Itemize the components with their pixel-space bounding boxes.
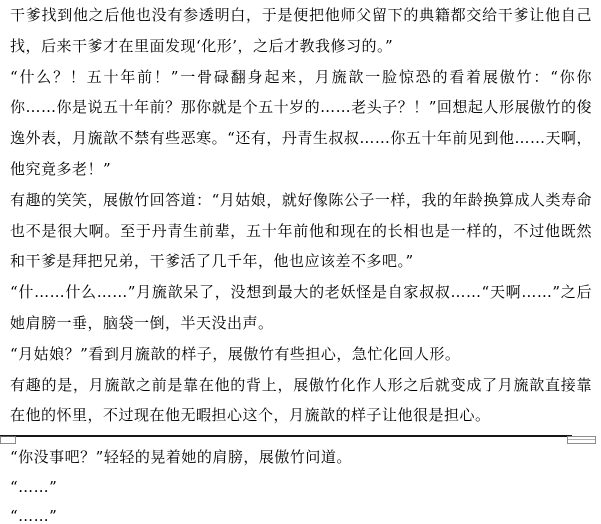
paragraph-2[interactable]: “什么？！五十年前！”一骨碌翻身起来，月旒歆一脸惊恐的看着展傲竹：“你你你……你… (10, 62, 592, 185)
paragraph-9[interactable]: “……” (10, 502, 592, 524)
page-break-line (0, 435, 572, 437)
page-break-right-marker (567, 436, 596, 444)
page-section-bottom: “你没事吧？”轻轻的晃着她的肩膀，展傲竹问道。 “……” “……” (10, 443, 592, 524)
page-break-left-marker (0, 436, 16, 444)
paragraph-7[interactable]: “你没事吧？”轻轻的晃着她的肩膀，展傲竹问道。 (10, 443, 592, 473)
paragraph-6[interactable]: 有趣的是，月旒歆之前是靠在他的背上，展傲竹化作人形之后就变成了月旒歆直接靠在他的… (10, 370, 592, 432)
paragraph-5[interactable]: “月姑娘？”看到月旒歆的样子，展傲竹有些担心，急忙化回人形。 (10, 339, 592, 370)
page-section-top: 干爹找到他之后他也没有参透明白，于是便把他师父留下的典籍都交给干爹让他自己找，后… (10, 0, 592, 431)
paragraph-8[interactable]: “……” (10, 473, 592, 503)
paragraph-3[interactable]: 有趣的笑笑，展傲竹回答道：“月姑娘，就好像陈公子一样，我的年龄换算成人类寿命也不… (10, 185, 592, 277)
page-break-divider (0, 432, 601, 443)
paragraph-4[interactable]: “什……什么……”月旒歆呆了，没想到最大的老妖怪是自家叔叔……“天啊……”之后她… (10, 277, 592, 339)
document-page: 干爹找到他之后他也没有参透明白，于是便把他师父留下的典籍都交给干爹让他自己找，后… (0, 0, 601, 524)
paragraph-1[interactable]: 干爹找到他之后他也没有参透明白，于是便把他师父留下的典籍都交给干爹让他自己找，后… (10, 0, 592, 62)
